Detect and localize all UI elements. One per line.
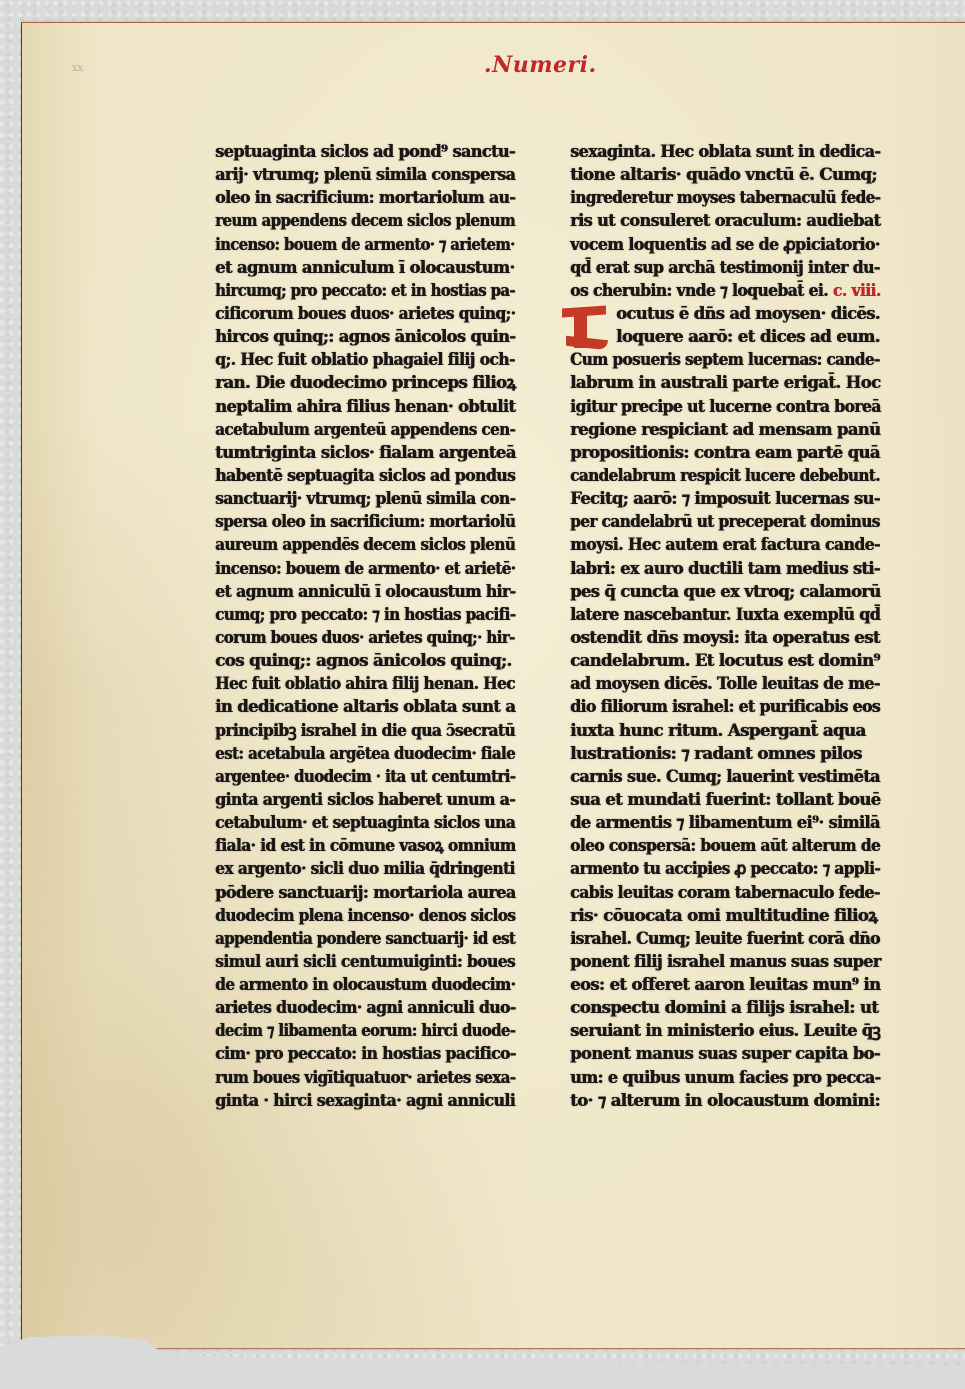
text-line: et agnum anniculum ī olocaustum· <box>215 256 515 279</box>
text-line: principibꝫ israhel in die qua ɔ̄secratū <box>215 719 515 742</box>
text-line: oleo in sacrificium: mortariolum au- <box>215 186 515 209</box>
text-line: sanctuarij· vtrumq; plenū simila con- <box>215 487 515 510</box>
text-line: candelabrum respicit lucere debebunt. <box>570 464 880 487</box>
text-line: dio filiorum israhel: et purificabis eos <box>570 695 880 718</box>
text-line: Fecitq; aarō: ⁊ imposuit lucernas su- <box>570 487 880 510</box>
text-line: oleo conspersā: bouem aūt alterum de <box>570 834 880 857</box>
text-line: spersa oleo in sacrificium: mortariolū <box>215 510 515 533</box>
left-text-column: septuaginta siclos ad pond⁹ sanctu- arij… <box>215 140 515 1112</box>
text-line: de armentis ⁊ libamentum ei⁹· similā <box>570 811 880 834</box>
text-line: est: acetabula argētea duodecim· fiale <box>215 742 515 765</box>
text-line: ran. Die duodecimo princeps filioꝝ <box>215 371 515 394</box>
text-line: ponent manus suas super capita bo- <box>570 1042 880 1065</box>
text-line: ginta · hirci sexaginta· agni anniculi <box>215 1089 515 1112</box>
text-line: reum appendens decem siclos plenum <box>215 209 515 232</box>
text-line: ponent filij israhel manus suas super <box>570 950 880 973</box>
rubricated-initial-icon <box>562 302 606 350</box>
text-line: cificorum boues duos· arietes quinq;· <box>215 302 515 325</box>
text-line: aureum appendēs decem siclos plenū <box>215 533 515 556</box>
text-line: q;. Hec fuit oblatio phagaiel filij och- <box>215 348 515 371</box>
text-line: iuxta hunc ritum. Aspergant̄ aqua <box>570 719 880 742</box>
text-line: incenso: bouem de armento· et arietē· <box>215 557 515 580</box>
text-line: et agnum anniculū ī olocaustum hir- <box>215 580 515 603</box>
text-line: fiala· id est in cōmune vasoꝝ omnium <box>215 834 515 857</box>
text-line: eos: et offeret aaron leuitas mun⁹ in <box>570 973 880 996</box>
text-line: vocem loquentis ad se de ꝓpiciatorio· <box>570 233 880 256</box>
text-line: to· ⁊ alterum in olocaustum domini: <box>570 1089 880 1112</box>
text-line: Hec fuit oblatio ahira filij henan. Hec <box>215 672 515 695</box>
text-line: armento tu accipies ꝓ peccato: ⁊ appli- <box>570 857 880 880</box>
text-line: labrum in australi parte erigat̄. Hoc <box>570 371 880 394</box>
right-text-column: sexaginta. Hec oblata sunt in dedica- ti… <box>570 140 880 1112</box>
text-line: arietes duodecim· agni anniculi duo- <box>215 996 515 1019</box>
text-line: conspectu domini a filijs israhel: ut <box>570 996 880 1019</box>
running-head: .Numeri. <box>484 52 597 78</box>
text-line: israhel. Cumq; leuite fuerint corā dn̄o <box>570 927 880 950</box>
text-line: pes q̄ cuncta que ex vtroq; calamorū <box>570 580 880 603</box>
text-line: cim· pro peccato: in hostias pacifico- <box>215 1042 515 1065</box>
text-line: lustrationis: ⁊ radant omnes pilos <box>570 742 880 765</box>
text-line: igitur precipe ut lucerne contra boreā <box>570 395 880 418</box>
text-line: ad moysen dicēs. Tolle leuitas de me- <box>570 672 880 695</box>
text-line: septuaginta siclos ad pond⁹ sanctu- <box>215 140 515 163</box>
folio-number: xx <box>72 63 83 74</box>
chapter-marker: c. viii. <box>833 280 881 300</box>
text-line: neptalim ahira filius henan· obtulit <box>215 395 515 418</box>
text-line: pōdere sanctuarij: mortariola aurea <box>215 881 515 904</box>
text-line: de armento in olocaustum duodecim· <box>215 973 515 996</box>
text-line: cumq; pro peccato: ⁊ in hostias pacifi- <box>215 603 515 626</box>
text-line: tione altaris· quādo vnctū ē. Cumq; <box>570 163 880 186</box>
text-line: sexaginta. Hec oblata sunt in dedica- <box>570 140 880 163</box>
text-line: tumtriginta siclos· fialam argenteā <box>215 441 515 464</box>
text-line: um: e quibus unum facies pro pecca- <box>570 1066 880 1089</box>
text-line: regione respiciant ad mensam panū <box>570 418 880 441</box>
text-line: arij· vtrumq; plenū simila conspersa <box>215 163 515 186</box>
initial-block: ocutus ē dn̄s ad moysen· dicēs. loquere … <box>570 302 880 348</box>
text-line: ginta argenti siclos haberet unum a- <box>215 788 515 811</box>
text-line: hircumq; pro peccato: et in hostias pa- <box>215 279 515 302</box>
text-line: sua et mundati fuerint: tollant bouē <box>570 788 880 811</box>
text-line: latere nascebantur. Iuxta exemplū qd̄ <box>570 603 880 626</box>
text-line-segment: os cherubin: vnde ⁊ loquebat̄ ei. <box>570 280 828 300</box>
text-line: habentē septuagita siclos ad pondus <box>215 464 515 487</box>
text-line: appendentia pondere sanctuarij· id est <box>215 927 515 950</box>
text-line: ris· cōuocata omi multitudine filioꝝ <box>570 904 880 927</box>
text-line: argentee· duodecim · ita ut centumtri- <box>215 765 515 788</box>
text-line: carnis sue. Cumq; lauerint vestimēta <box>570 765 880 788</box>
text-line: rum boues vigītiquatuor· arietes sexa- <box>215 1066 515 1089</box>
text-line: hircos quinq;: agnos ānicolos quin- <box>215 325 515 348</box>
text-line: candelabrum. Et locutus est domin⁹ <box>570 649 880 672</box>
text-line: duodecim plena incenso· denos siclos <box>215 904 515 927</box>
text-line: per candelabrū ut preceperat dominus <box>570 510 880 533</box>
text-line: cetabulum· et septuaginta siclos una <box>215 811 515 834</box>
text-line-with-chapter: os cherubin: vnde ⁊ loquebat̄ ei. c. vii… <box>570 279 880 302</box>
text-line: cos quinq;: agnos ānicolos quinq;. <box>215 649 515 672</box>
text-line: propositionis: contra eam partē quā <box>570 441 880 464</box>
text-line: Cum posueris septem lucernas: cande- <box>570 348 880 371</box>
text-line: loquere aarō: et dices ad eum. <box>570 325 880 348</box>
text-line: qd̄ erat sup archā testimonij inter du- <box>570 256 880 279</box>
text-line: decim ⁊ libamenta eorum: hirci duode- <box>215 1019 515 1042</box>
text-line: ex argento· sicli duo milia q̄dringenti <box>215 857 515 880</box>
text-line: ostendit dn̄s moysi: ita operatus est <box>570 626 880 649</box>
text-line: in dedicatione altaris oblata sunt a <box>215 695 515 718</box>
text-line: simul auri sicli centumuiginti: boues <box>215 950 515 973</box>
text-line: cabis leuitas coram tabernaculo fede- <box>570 881 880 904</box>
text-line: acetabulum argenteū appendens cen- <box>215 418 515 441</box>
text-line: ingrederetur moyses tabernaculū fede- <box>570 186 880 209</box>
text-line: corum boues duos· arietes quinq;· hir- <box>215 626 515 649</box>
text-line: moysi. Hec autem erat factura cande- <box>570 533 880 556</box>
text-line: incenso: bouem de armento· ⁊ arietem· <box>215 233 515 256</box>
text-line: seruiant in ministerio eius. Leuite q̄ꝫ <box>570 1019 880 1042</box>
text-line: ocutus ē dn̄s ad moysen· dicēs. <box>570 302 880 325</box>
text-line: labri: ex auro ductili tam medius sti- <box>570 557 880 580</box>
text-line: ris ut consuleret oraculum: audiebat <box>570 209 880 232</box>
